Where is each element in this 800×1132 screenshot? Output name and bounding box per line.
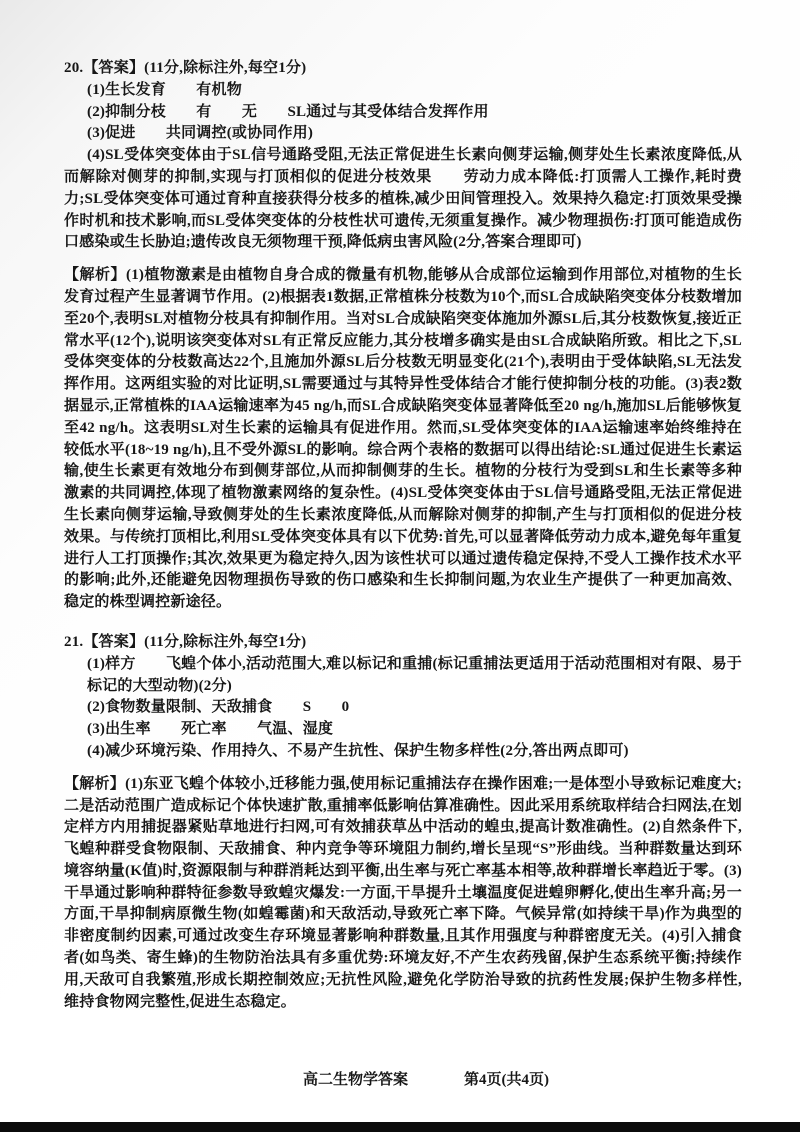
- question-21-answer-2: (2)食物数量限制、天敌捕食 S 0: [64, 697, 742, 719]
- question-21-block: 21.【答案】(11分,除标注外,每空1分) (1)样方 飞蝗个体小,活动范围大…: [64, 632, 742, 1014]
- page-content: 20.【答案】(11分,除标注外,每空1分) (1)生长发育 有机物 (2)抑制…: [64, 58, 742, 1013]
- question-21-answer-4: (4)减少环境污染、作用持久、不易产生抗性、保护生物多样性(2分,答出两点即可): [64, 741, 742, 763]
- scanned-answer-page: 20.【答案】(11分,除标注外,每空1分) (1)生长发育 有机物 (2)抑制…: [0, 0, 800, 1132]
- question-21-analysis: 【解析】(1)东亚飞蝗个体较小,迁移能力强,使用标记重捕法存在操作困难;一是体型…: [64, 774, 742, 1014]
- footer-doc-title: 高二生物学答案: [303, 1068, 408, 1089]
- footer-page-number: 第4页(共4页): [464, 1068, 549, 1089]
- question-20-block: 20.【答案】(11分,除标注外,每空1分) (1)生长发育 有机物 (2)抑制…: [64, 58, 742, 614]
- question-20-analysis: 【解析】(1)植物激素是由植物自身合成的微量有机物,能够从合成部位运输到作用部位…: [64, 265, 742, 614]
- question-20-answer-3: (3)促进 共同调控(或协同作用): [64, 123, 742, 145]
- question-20-header: 20.【答案】(11分,除标注外,每空1分): [64, 58, 742, 80]
- question-21-answer-3: (3)出生率 死亡率 气温、湿度: [64, 719, 742, 741]
- scan-edge-bar: [0, 1122, 800, 1132]
- question-21-header: 21.【答案】(11分,除标注外,每空1分): [64, 632, 742, 654]
- page-footer: 高二生物学答案 第4页(共4页): [26, 1068, 800, 1089]
- question-20-answer-4: (4)SL受体突变体由于SL信号通路受阻,无法正常促进生长素向侧芽运输,侧芽处生…: [64, 145, 742, 254]
- question-20-answer-1: (1)生长发育 有机物: [64, 80, 742, 102]
- question-21-answer-1: (1)样方 飞蝗个体小,活动范围大,难以标记和重捕(标记重捕法更适用于活动范围相…: [64, 654, 742, 698]
- question-20-answer-2: (2)抑制分枝 有 无 SL通过与其受体结合发挥作用: [64, 102, 742, 124]
